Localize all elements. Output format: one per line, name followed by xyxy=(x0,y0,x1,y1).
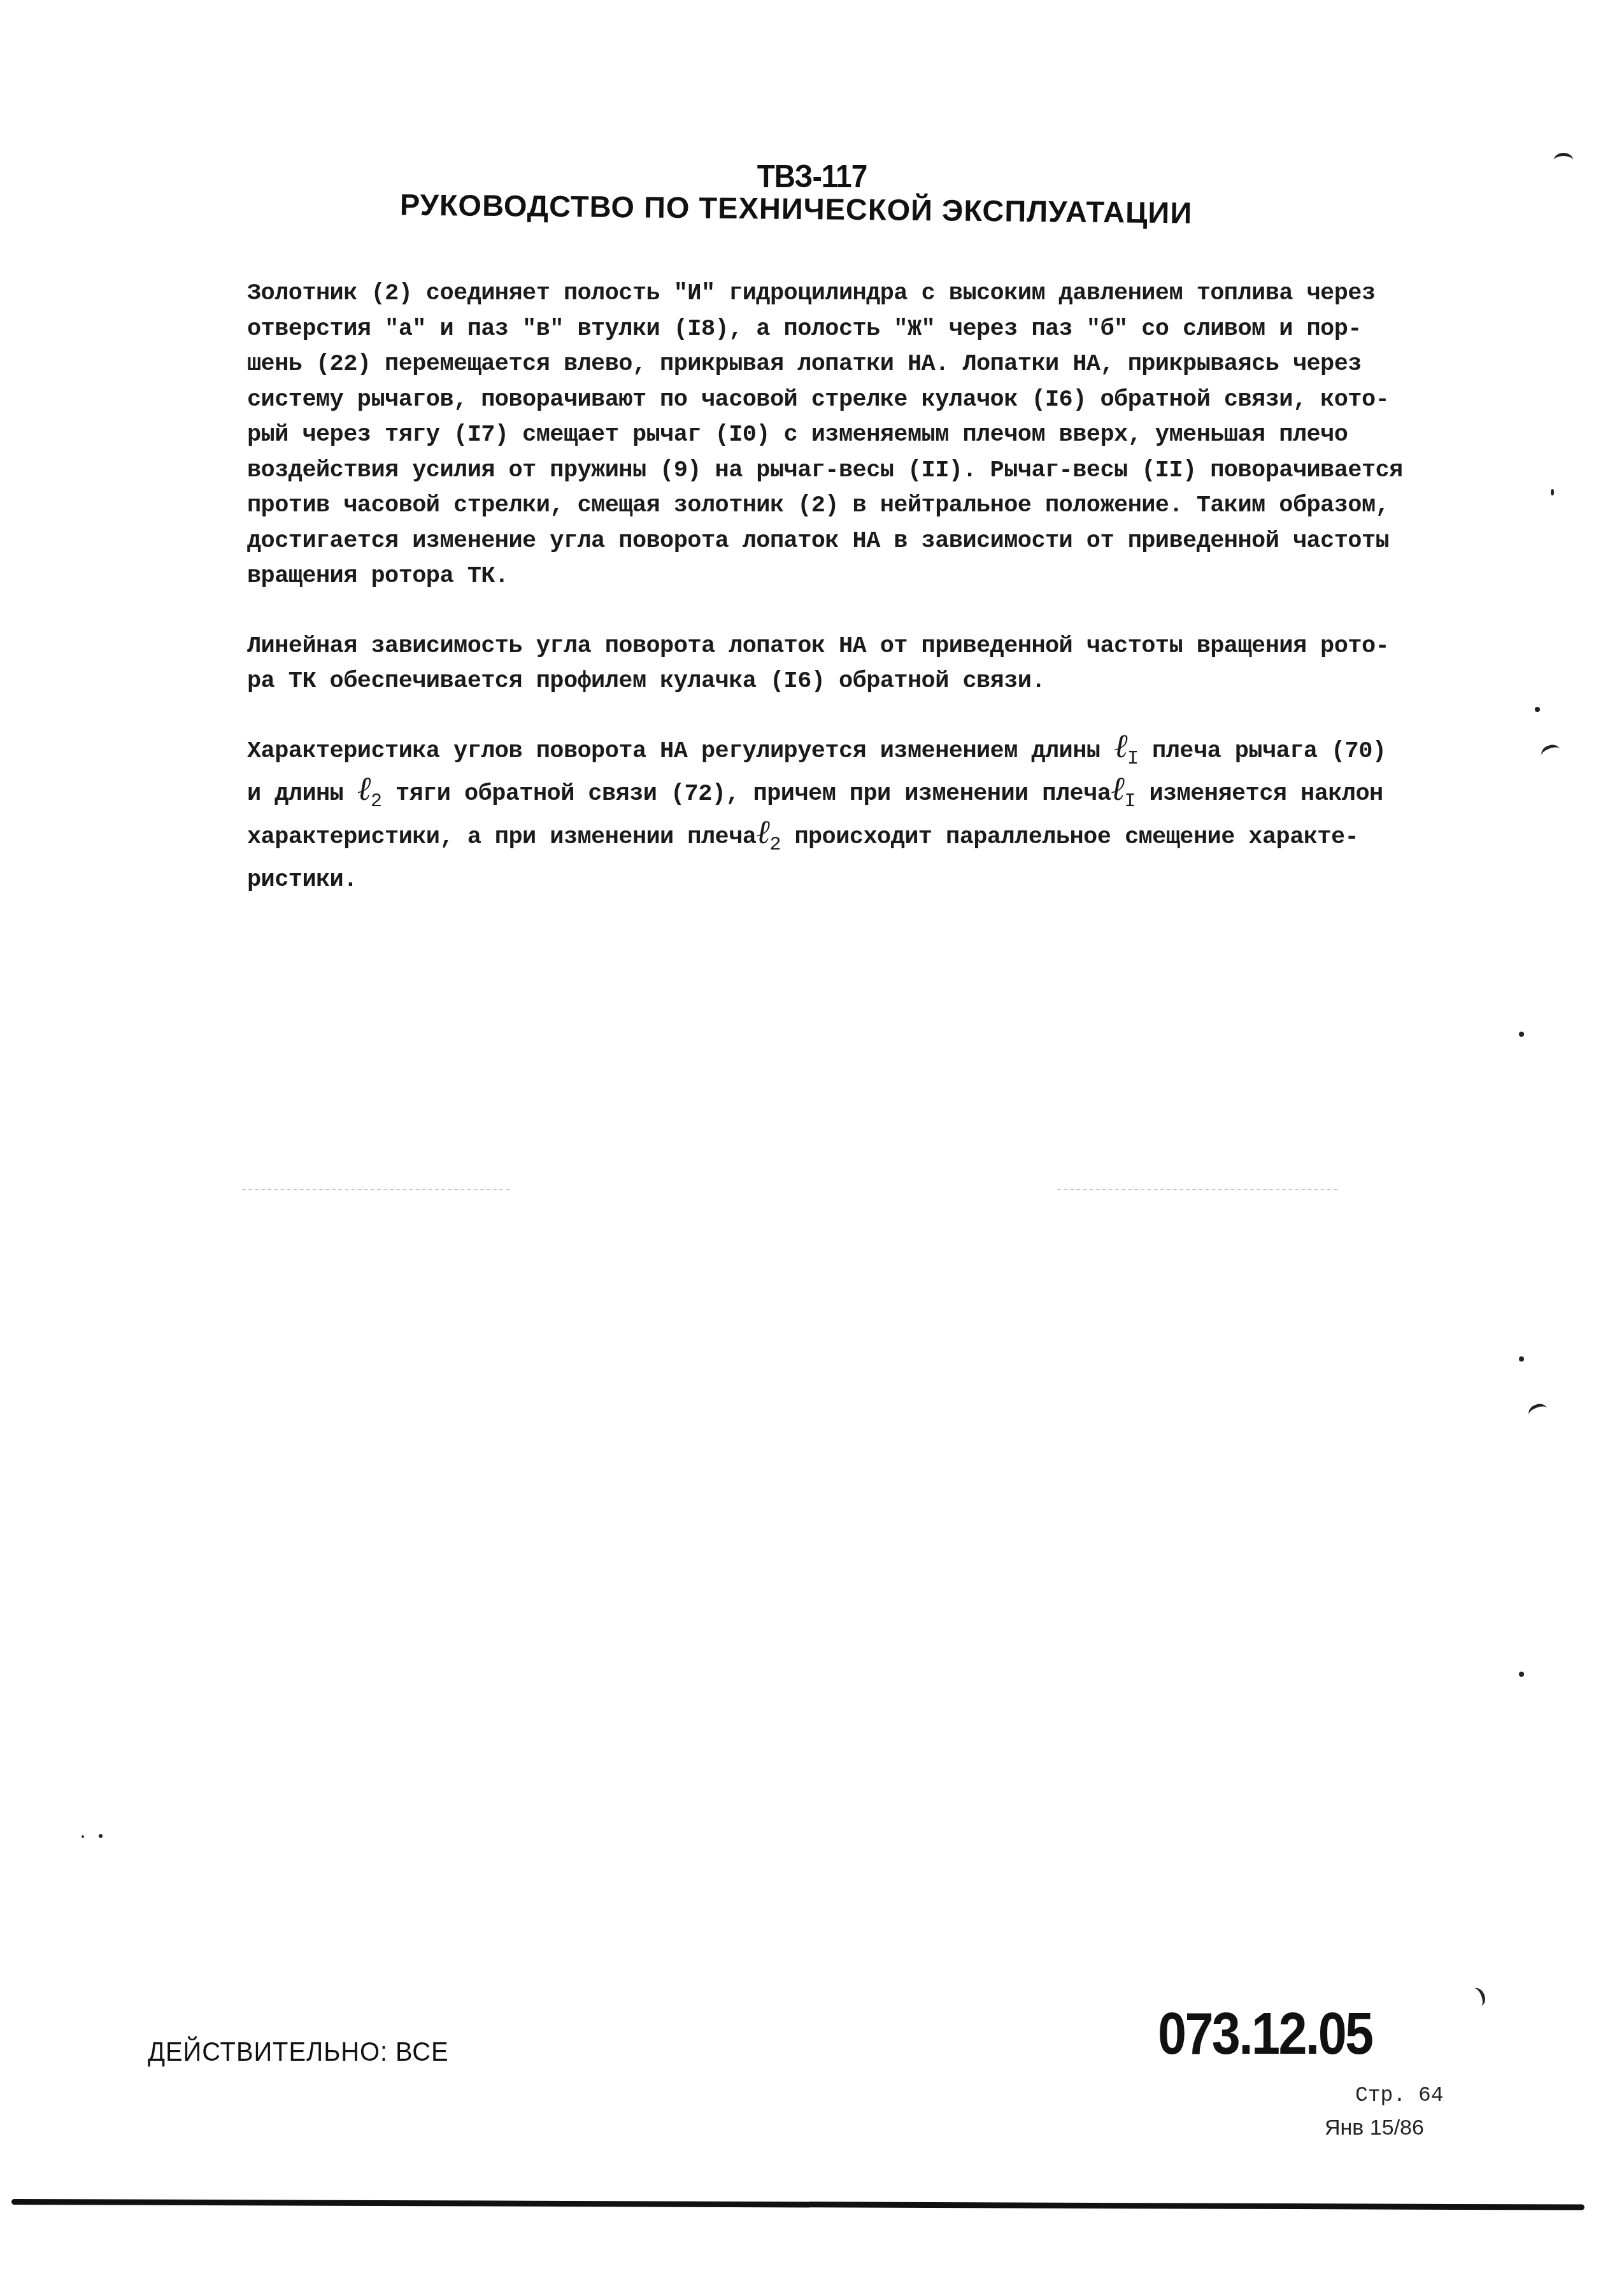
text-line: ристики. xyxy=(247,863,1457,899)
text-line: отверстия "а" и паз "в" втулки (I8), а п… xyxy=(247,312,1457,348)
length-symbol-l2: ℓ xyxy=(357,770,371,808)
faint-divider xyxy=(242,1189,509,1191)
subscript: I xyxy=(1127,748,1138,770)
scan-speck xyxy=(1519,1672,1524,1677)
text-line: Характеристика углов поворота НА регулир… xyxy=(247,734,1457,778)
binder-hole-mark xyxy=(1467,1986,1488,2009)
validity-note: ДЕЙСТВИТЕЛЬНО: ВСЕ xyxy=(148,2037,449,2067)
text-line: ра ТК обеспечивается профилем кулачка (I… xyxy=(247,664,1457,700)
binder-hole-mark xyxy=(1554,153,1573,167)
scan-speck xyxy=(82,1835,84,1838)
text-line: и длины ℓ2 тяги обратной связи (72), при… xyxy=(247,777,1457,820)
engine-code-heading: ТВЗ-117 xyxy=(65,158,1559,195)
text-line: систему рычагов, поворачивают по часовой… xyxy=(247,383,1457,418)
document-body: Золотник (2) соединяет полость "И" гидро… xyxy=(247,276,1457,933)
text-line: воздействия усилия от пружины (9) на рыч… xyxy=(247,453,1457,489)
subscript: I xyxy=(1124,791,1135,813)
paragraph-3: Характеристика углов поворота НА регулир… xyxy=(247,734,1457,899)
paragraph-1: Золотник (2) соединяет полость "И" гидро… xyxy=(247,276,1457,595)
text-line: рый через тягу (I7) смещает рычаг (I0) с… xyxy=(247,418,1457,453)
footer-rule xyxy=(11,2199,1585,2210)
text-segment: происходит параллельное смещение харак­т… xyxy=(781,824,1358,851)
text-segment: и длины xyxy=(247,781,357,807)
subscript: 2 xyxy=(769,834,780,856)
text-segment: изменяется наклон xyxy=(1136,781,1383,807)
text-line: шень (22) перемещается влево, прикрывая … xyxy=(247,347,1457,383)
text-segment: тяги обратной связи (72), причем при изм… xyxy=(381,781,1111,807)
subscript: 2 xyxy=(371,791,381,813)
document-number: 073.12.05 xyxy=(1158,2001,1372,2068)
document-page: ТВЗ-117 РУКОВОДСТВО ПО ТЕХНИЧЕСКОЙ ЭКСПЛ… xyxy=(0,0,1624,2269)
text-line: вращения ротора ТК. xyxy=(247,559,1457,595)
length-symbol-l2: ℓ xyxy=(756,813,769,851)
length-symbol-l1: ℓ xyxy=(1114,727,1127,765)
revision-date: Янв 15/86 xyxy=(1325,2116,1424,2140)
text-segment: Характеристика углов поворота НА регулир… xyxy=(247,738,1114,765)
binder-hole-mark xyxy=(1539,743,1562,763)
scan-speck xyxy=(1519,1032,1524,1037)
text-line: Золотник (2) соединяет полость "И" гидро… xyxy=(247,276,1457,312)
scan-speck xyxy=(1535,707,1540,712)
text-line: против часовой стрелки, смещая золотник … xyxy=(247,488,1457,524)
scan-speck xyxy=(1519,1356,1524,1362)
paragraph-2: Линейная зависимость угла поворота лопат… xyxy=(247,629,1457,700)
text-line: Линейная зависимость угла поворота лопат… xyxy=(247,629,1457,665)
faint-divider xyxy=(1057,1189,1337,1191)
text-line: достигается изменение угла поворота лопа… xyxy=(247,524,1457,560)
text-segment: плеча рычага (70) xyxy=(1139,738,1386,765)
scan-speck xyxy=(99,1834,103,1838)
scan-speck xyxy=(1551,489,1554,495)
text-segment: характеристики, а при изменении плеча xyxy=(247,824,756,851)
manual-title-heading: РУКОВОДСТВО ПО ТЕХНИЧЕСКОЙ ЭКСПЛУАТАЦИИ xyxy=(395,187,1198,230)
binder-hole-mark xyxy=(1527,1402,1549,1422)
length-symbol-l1: ℓ xyxy=(1111,770,1124,808)
page-number: Стр. 64 xyxy=(1355,2084,1444,2107)
text-line: характеристики, а при изменении плечаℓ2 … xyxy=(247,820,1457,864)
